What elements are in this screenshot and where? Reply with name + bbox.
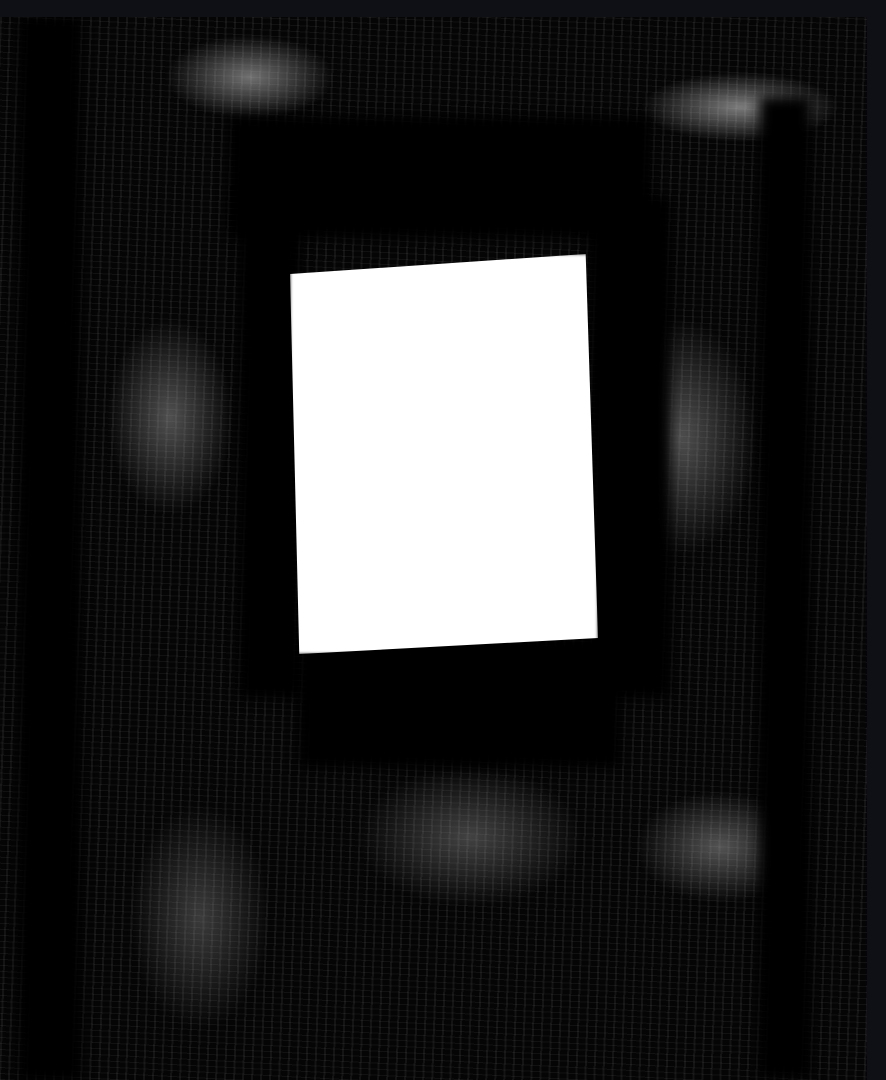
dark-streak — [240, 197, 300, 697]
dark-streak — [760, 97, 810, 1077]
charcoal-artwork-image — [0, 17, 867, 1080]
white-window-shape — [290, 254, 598, 654]
dark-streak — [20, 17, 80, 1080]
dark-streak — [300, 637, 620, 767]
viewer-margin — [867, 17, 886, 1080]
dark-streak — [590, 197, 670, 697]
